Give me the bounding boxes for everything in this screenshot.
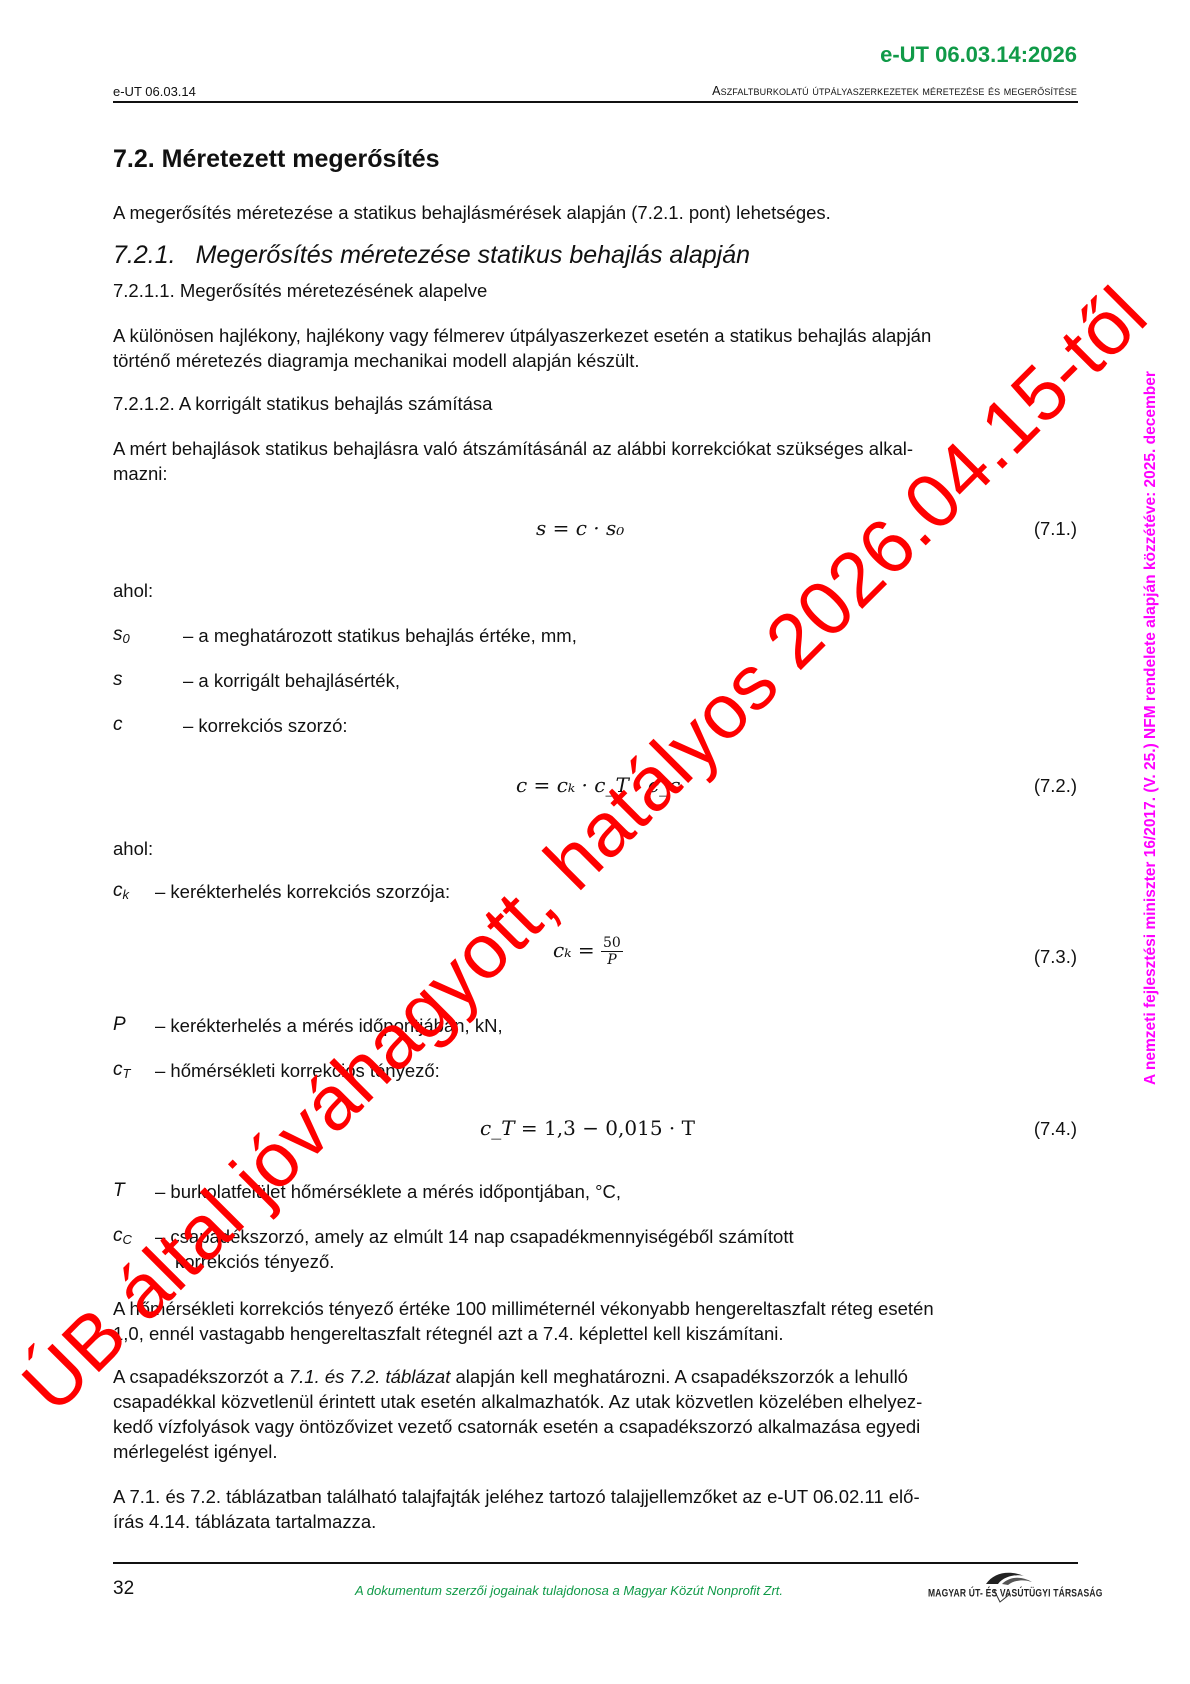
eq-lhs: c_T (480, 1116, 515, 1140)
eq-rhs: 1,3 − 0,015 · T (544, 1116, 695, 1140)
section-intro: A megerősítés méretezése a statikus beha… (113, 200, 831, 225)
header-rule (113, 101, 1078, 103)
sub2-heading: 7.2.1.2. A korrigált statikus behajlás s… (113, 393, 492, 415)
running-header-title: Aszfaltburkolatú útpályaszerkezetek mére… (712, 84, 1077, 98)
equation-number-7-3: (7.3.) (1034, 946, 1077, 968)
definition-text: – a korrigált behajlásérték, (183, 670, 400, 692)
definition-text: – korrekciós szorzó: (183, 715, 348, 737)
rain-para-line-1: A csapadékszorzót a 7.1. és 7.2. tábláza… (113, 1364, 908, 1389)
denominator: P (601, 952, 623, 968)
logo-text: MAGYAR ÚT- ÉS VASÚTÜGYI TÁRSASÁG (928, 1586, 1103, 1599)
footer-rule (113, 1562, 1078, 1564)
eq-lhs: s (536, 516, 546, 540)
publication-note: A nemzeti fejlesztési miniszter 16/2017.… (1142, 371, 1160, 1085)
eq-lhs: c (516, 773, 527, 797)
definition-symbol: T (113, 1180, 125, 1202)
temp-para-line-1: A hőmérsékleti korrekciós tényező értéke… (113, 1296, 934, 1321)
equation-number-7-1: (7.1.) (1034, 518, 1077, 540)
running-header-code: e-UT 06.03.14 (113, 84, 196, 99)
where-label-1: ahol: (113, 578, 153, 603)
sub1-para-line-2: történő méretezés diagramja mechanikai m… (113, 348, 640, 373)
society-logo: MAGYAR ÚT- ÉS VASÚTÜGYI TÁRSASÁG (928, 1568, 1083, 1608)
definition-symbol: s0 (113, 624, 130, 646)
equation-7-4: c_T = 1,3 − 0,015 · T (480, 1116, 695, 1140)
definition-text: – kerékterhelés korrekciós szorzója: (155, 881, 450, 903)
where-label-2: ahol: (113, 836, 153, 861)
definition-symbol: P (113, 1014, 126, 1036)
definition-text: – a meghatározott statikus behajlás érté… (183, 625, 577, 647)
table-reference: 7.1. és 7.2. táblázat (289, 1366, 450, 1387)
definition-symbol: cT (113, 1059, 130, 1081)
subsection-heading: 7.2.1.Megerősítés méretezése statikus be… (113, 241, 750, 270)
sub2-para-line-2: mazni: (113, 461, 168, 486)
equation-number-7-2: (7.2.) (1034, 775, 1077, 797)
eq-rhs: c · s₀ (576, 516, 625, 540)
soil-para-line-1: A 7.1. és 7.2. táblázatban található tal… (113, 1484, 920, 1509)
definition-symbol: s (113, 669, 123, 691)
document-code: e-UT 06.03.14:2026 (880, 42, 1077, 68)
subsection-number: 7.2.1. (113, 241, 176, 269)
footer-copyright: A dokumentum szerzői jogainak tulajdonos… (355, 1583, 783, 1598)
equation-7-3: cₖ = 50P (553, 935, 623, 968)
page-number: 32 (113, 1578, 134, 1600)
soil-para-line-2: írás 4.14. táblázata tartalmazza. (113, 1509, 376, 1534)
definition-symbol: c (113, 714, 123, 736)
section-heading: 7.2. Méretezett megerősítés (113, 145, 440, 174)
numerator: 50 (601, 935, 623, 952)
rain-para-line-4: mérlegelést igényel. (113, 1439, 278, 1464)
subsection-title: Megerősítés méretezése statikus behajlás… (196, 241, 750, 269)
rain-para-line-3: kedő vízfolyások vagy öntözővizet vezető… (113, 1414, 920, 1439)
fraction: 50P (601, 935, 623, 968)
rain-post: alapján kell meghatározni. A csapadékszo… (450, 1366, 908, 1387)
sub1-heading: 7.2.1.1. Megerősítés méretezésének alape… (113, 280, 487, 302)
definition-symbol: ck (113, 880, 129, 902)
rain-pre: A csapadékszorzót a (113, 1366, 289, 1387)
equation-number-7-4: (7.4.) (1034, 1118, 1077, 1140)
sub2-para-line-1: A mért behajlások statikus behajlásra va… (113, 436, 913, 461)
temp-para-line-2: 1,0, ennél vastagabb hengereltaszfalt ré… (113, 1321, 784, 1346)
rain-para-line-2: csapadékkal közvetlenül érintett utak es… (113, 1389, 922, 1414)
sub1-para-line-1: A különösen hajlékony, hajlékony vagy fé… (113, 323, 931, 348)
equation-7-1: s = c · s₀ (536, 516, 624, 540)
